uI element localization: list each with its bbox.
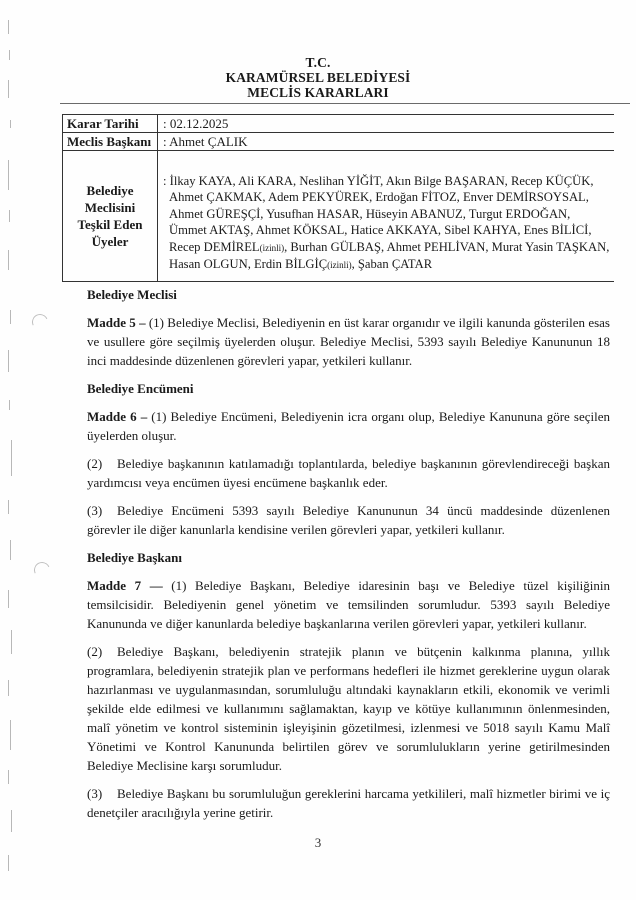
punch-hole-mark [30,312,51,333]
label-council-president: Meclis Başkanı [63,133,158,151]
article-paragraph: Madde 7 — (1) Belediye Başkanı, Belediye… [87,576,610,633]
section-title: Belediye Encümeni [87,379,610,398]
row-decision-date: Karar Tarihi : 02.12.2025 [63,115,615,133]
on-leave-note: (izinli) [327,260,352,270]
section-council: Belediye Meclisi Madde 5 – (1) Belediye … [87,285,610,370]
value-council-members: : İlkay KAYA, Ali KARA, Neslihan YİĞİT, … [158,151,615,282]
scan-edge-artifact [8,10,18,890]
section-title: Belediye Meclisi [87,285,610,304]
document-header: T.C. KARAMÜRSEL BELEDİYESİ MECLİS KARARL… [0,55,636,100]
header-municipality: KARAMÜRSEL BELEDİYESİ [0,70,636,85]
header-tc: T.C. [0,55,636,70]
members-list: : İlkay KAYA, Ali KARA, Neslihan YİĞİT, … [163,151,610,273]
document-body: Belediye Meclisi Madde 5 – (1) Belediye … [87,285,610,831]
header-divider [60,103,630,104]
article-paragraph: (2)Belediye Başkanı, belediyenin stratej… [87,642,610,775]
punch-hole-mark [32,560,53,581]
article-number: Madde 6 – [87,409,147,424]
page-number: 3 [0,835,636,851]
article-paragraph: Madde 5 – (1) Belediye Meclisi, Belediye… [87,313,610,370]
header-decisions: MECLİS KARARLARI [0,85,636,100]
article-paragraph: Madde 6 – (1) Belediye Encümeni, Belediy… [87,407,610,445]
section-mayor: Belediye Başkanı Madde 7 — (1) Belediye … [87,548,610,822]
article-number: Madde 7 — [87,578,163,593]
article-number: Madde 5 – [87,315,146,330]
row-council-members: Belediye Meclisini Teşkil Eden Üyeler : … [63,151,615,282]
decision-info-table: Karar Tarihi : 02.12.2025 Meclis Başkanı… [62,114,614,282]
section-committee: Belediye Encümeni Madde 6 – (1) Belediye… [87,379,610,539]
document-page: T.C. KARAMÜRSEL BELEDİYESİ MECLİS KARARL… [0,0,636,900]
value-council-president: : Ahmet ÇALIK [158,133,615,151]
row-council-president: Meclis Başkanı : Ahmet ÇALIK [63,133,615,151]
label-council-members: Belediye Meclisini Teşkil Eden Üyeler [63,151,158,282]
label-decision-date: Karar Tarihi [63,115,158,133]
section-title: Belediye Başkanı [87,548,610,567]
article-paragraph: (3)Belediye Başkanı bu sorumluluğun gere… [87,784,610,822]
article-paragraph: (3)Belediye Encümeni 5393 sayılı Belediy… [87,501,610,539]
value-decision-date: : 02.12.2025 [158,115,615,133]
on-leave-note: (izinli) [260,243,285,253]
article-paragraph: (2)Belediye başkanının katılamadığı topl… [87,454,610,492]
